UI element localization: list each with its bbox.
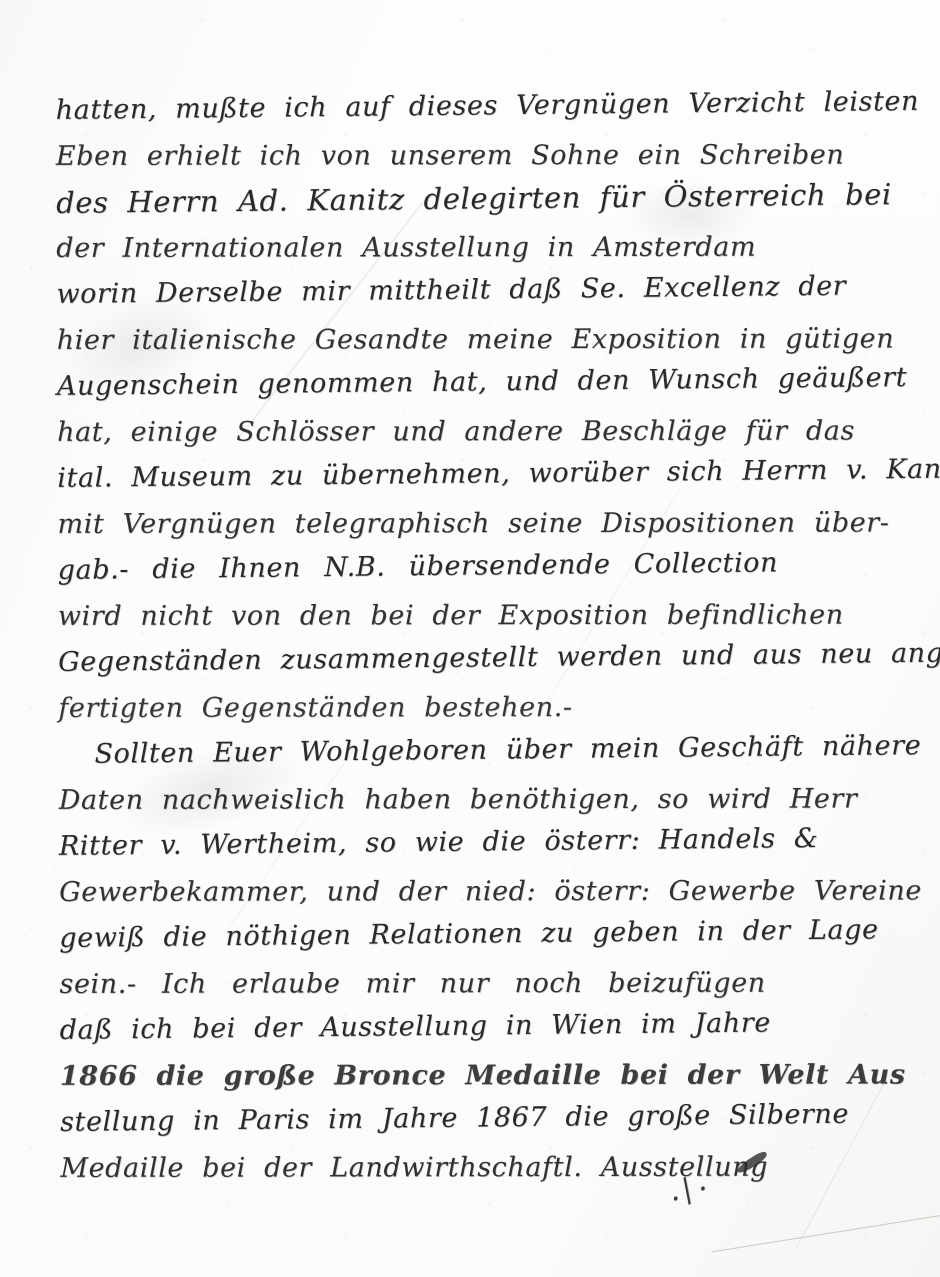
- manuscript-line: hatten, mußte ich auf dieses Vergnügen V…: [55, 79, 929, 134]
- manuscript-line: worin Derselbe mir mittheilt daß Se. Exc…: [56, 263, 930, 318]
- manuscript-line: stellung in Paris im Jahre 1867 die groß…: [60, 1091, 934, 1146]
- paper-crease: [712, 1211, 940, 1253]
- manuscript-line: gewiß die nöthigen Relationen zu geben i…: [59, 907, 933, 962]
- manuscript-line: gab.- die Ihnen N.B. übersendende Collec…: [57, 539, 931, 594]
- manuscript-line: ital. Museum zu übernehmen, worüber sich…: [57, 447, 931, 502]
- manuscript-line: Ritter v. Wertheim, so wie die österr: H…: [59, 815, 933, 870]
- manuscript-line: daß ich bei der Ausstellung in Wien im J…: [59, 999, 933, 1054]
- manuscript-scan-page: hatten, mußte ich auf dieses Vergnügen V…: [0, 0, 940, 1277]
- manuscript-line: Gegenständen zusammengestellt werden und…: [58, 631, 932, 686]
- manuscript-line: Medaille bei der Landwirthschaftl. Ausst…: [60, 1144, 934, 1192]
- manuscript-line: Augenschein genommen hat, und den Wunsch…: [57, 355, 931, 410]
- manuscript-line: des Herrn Ad. Kanitz delegirten für Öste…: [56, 171, 930, 226]
- manuscript-line: Sollten Euer Wohlgeboren über mein Gesch…: [94, 723, 932, 778]
- handwritten-text-block: hatten, mußte ich auf dieses Vergnügen V…: [56, 84, 935, 1192]
